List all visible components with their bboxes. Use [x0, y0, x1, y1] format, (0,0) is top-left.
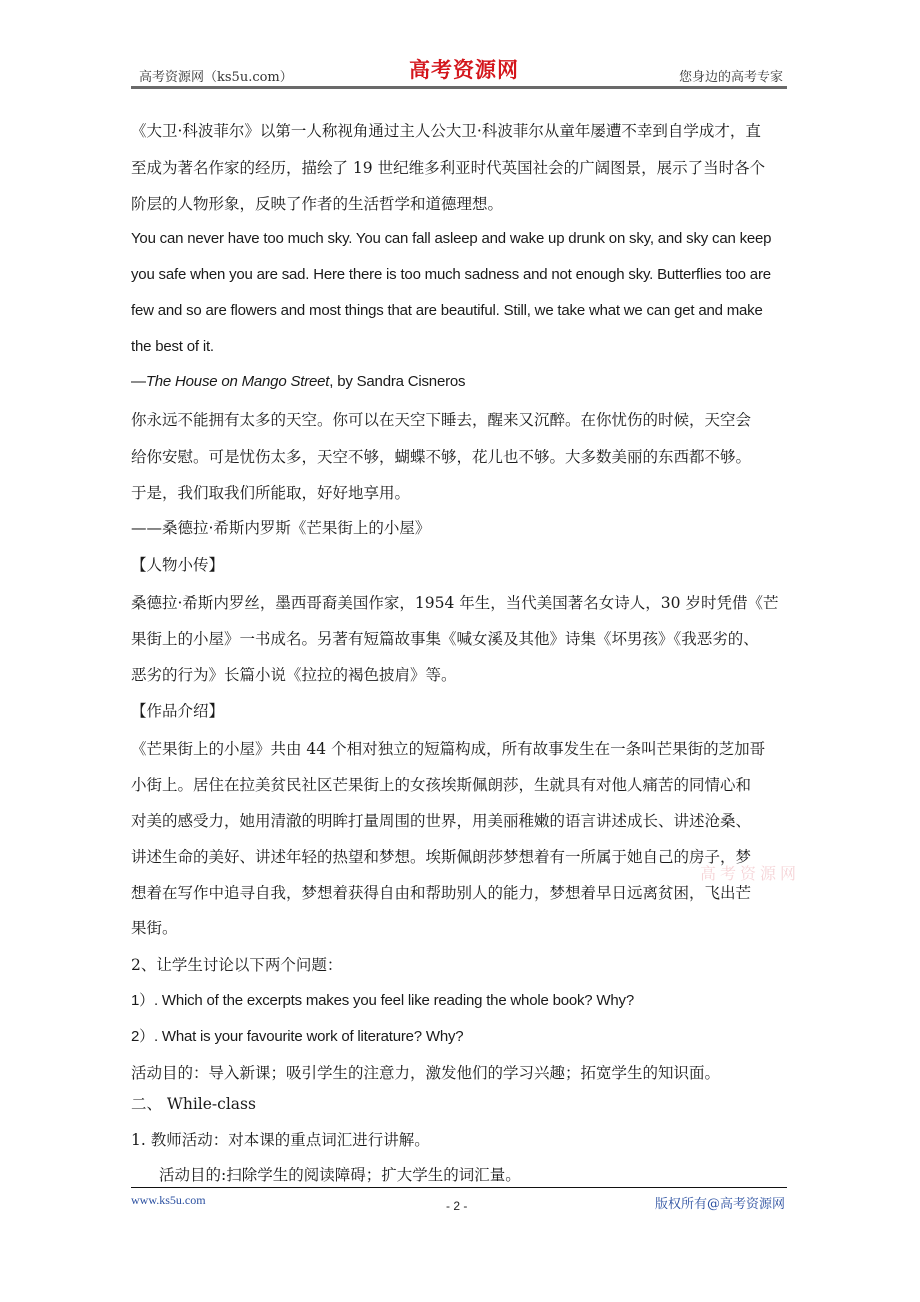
page-number: - 2 - [446, 1199, 467, 1213]
intro-line-1: 《大卫·科波菲尔》以第一人称视角通过主人公大卫·科波菲尔从童年屡遭不幸到自学成才… [131, 119, 761, 141]
quote-en-line-3: few and so are flowers and most things t… [131, 302, 763, 319]
quote-en-line-1: You can never have too much sky. You can… [131, 230, 771, 247]
question-2: 2）. What is your favourite work of liter… [131, 1025, 463, 1046]
intro-line-3: 阶层的人物形象，反映了作者的生活哲学和道德理想。 [131, 192, 503, 214]
quote-en-line-4: the best of it. [131, 338, 214, 355]
quote-cn-line-2: 给你安慰。可是忧伤太多，天空不够，蝴蝶不够，花儿也不够。大多数美丽的东西都不够。 [131, 445, 751, 467]
attribution-dash: — [131, 373, 146, 390]
work-line-6: 果街。 [131, 916, 178, 938]
watermark: 高考资源网 [700, 861, 800, 884]
question-1: 1）. Which of the excerpts makes you feel… [131, 989, 634, 1010]
work-line-5: 想着在写作中追寻自我，梦想着获得自由和帮助别人的能力，梦想着早日远离贫困，飞出芒 [131, 881, 751, 903]
work-line-2: 小街上。居住在拉美贫民社区芒果街上的女孩埃斯佩朗莎，生就具有对他人痛苦的同情心和 [131, 773, 751, 795]
footer-divider [131, 1187, 787, 1188]
discussion-heading: 2、让学生讨论以下两个问题： [131, 953, 342, 975]
footer-copyright: 版权所有@高考资源网 [655, 1193, 785, 1212]
header-divider [131, 86, 787, 89]
section-heading-bio: 【人物小传】 [131, 553, 224, 575]
header-site-name: 高考资源网（ks5u.com） [139, 66, 293, 85]
quote-en-line-2: you safe when you are sad. Here there is… [131, 266, 771, 283]
intro-line-2: 至成为著名作家的经历，描绘了 19 世纪维多利亚时代英国社会的广阔图景，展示了当… [131, 156, 765, 178]
quote-cn-line-1: 你永远不能拥有太多的天空。你可以在天空下睡去，醒来又沉醉。在你忧伤的时候，天空会 [131, 408, 751, 430]
quote-cn-attribution: ——桑德拉·希斯内罗斯《芒果街上的小屋》 [131, 516, 430, 538]
section-heading-work: 【作品介绍】 [131, 699, 224, 721]
page-header: 高考资源网（ks5u.com） 高考资源网 您身边的高考专家 [131, 60, 785, 88]
work-line-3: 对美的感受力，她用清澈的明眸打量周围的世界，用美丽稚嫩的语言讲述成长、讲述沧桑、 [131, 809, 751, 831]
quote-en-attribution: —The House on Mango Street, by Sandra Ci… [131, 373, 465, 390]
quote-cn-line-3: 于是，我们取我们所能取，好好地享用。 [131, 481, 410, 503]
attribution-author: , by Sandra Cisneros [329, 373, 465, 390]
teacher-activity-1: 1. 教师活动：对本课的重点词汇进行讲解。 [131, 1128, 430, 1150]
document-page: 高考资源网（ks5u.com） 高考资源网 您身边的高考专家 《大卫·科波菲尔》… [0, 0, 920, 1302]
section-heading-while-class: 二、 While-class [131, 1092, 256, 1114]
header-logo: 高考资源网 [409, 54, 519, 84]
activity-purpose-1: 活动目的：导入新课；吸引学生的注意力，激发他们的学习兴趣；拓宽学生的知识面。 [131, 1061, 720, 1083]
header-slogan: 您身边的高考专家 [679, 66, 783, 85]
work-line-4: 讲述生命的美好、讲述年轻的热望和梦想。埃斯佩朗莎梦想着有一所属于她自己的房子，梦 [131, 845, 751, 867]
bio-line-3: 恶劣的行为》长篇小说《拉拉的褐色披肩》等。 [131, 663, 457, 685]
book-title: The House on Mango Street [146, 373, 329, 390]
bio-line-1: 桑德拉·希斯内罗丝，墨西哥裔美国作家，1954 年生，当代美国著名女诗人，30 … [131, 591, 778, 613]
work-line-1: 《芒果街上的小屋》共由 44 个相对独立的短篇构成，所有故事发生在一条叫芒果街的… [131, 737, 765, 759]
bio-line-2: 果街上的小屋》一书成名。另著有短篇故事集《喊女溪及其他》诗集《坏男孩》《我恶劣的… [131, 627, 759, 649]
footer-site-link[interactable]: www.ks5u.com [131, 1193, 206, 1208]
activity-purpose-2: 活动目的:扫除学生的阅读障碍；扩大学生的词汇量。 [159, 1163, 521, 1185]
